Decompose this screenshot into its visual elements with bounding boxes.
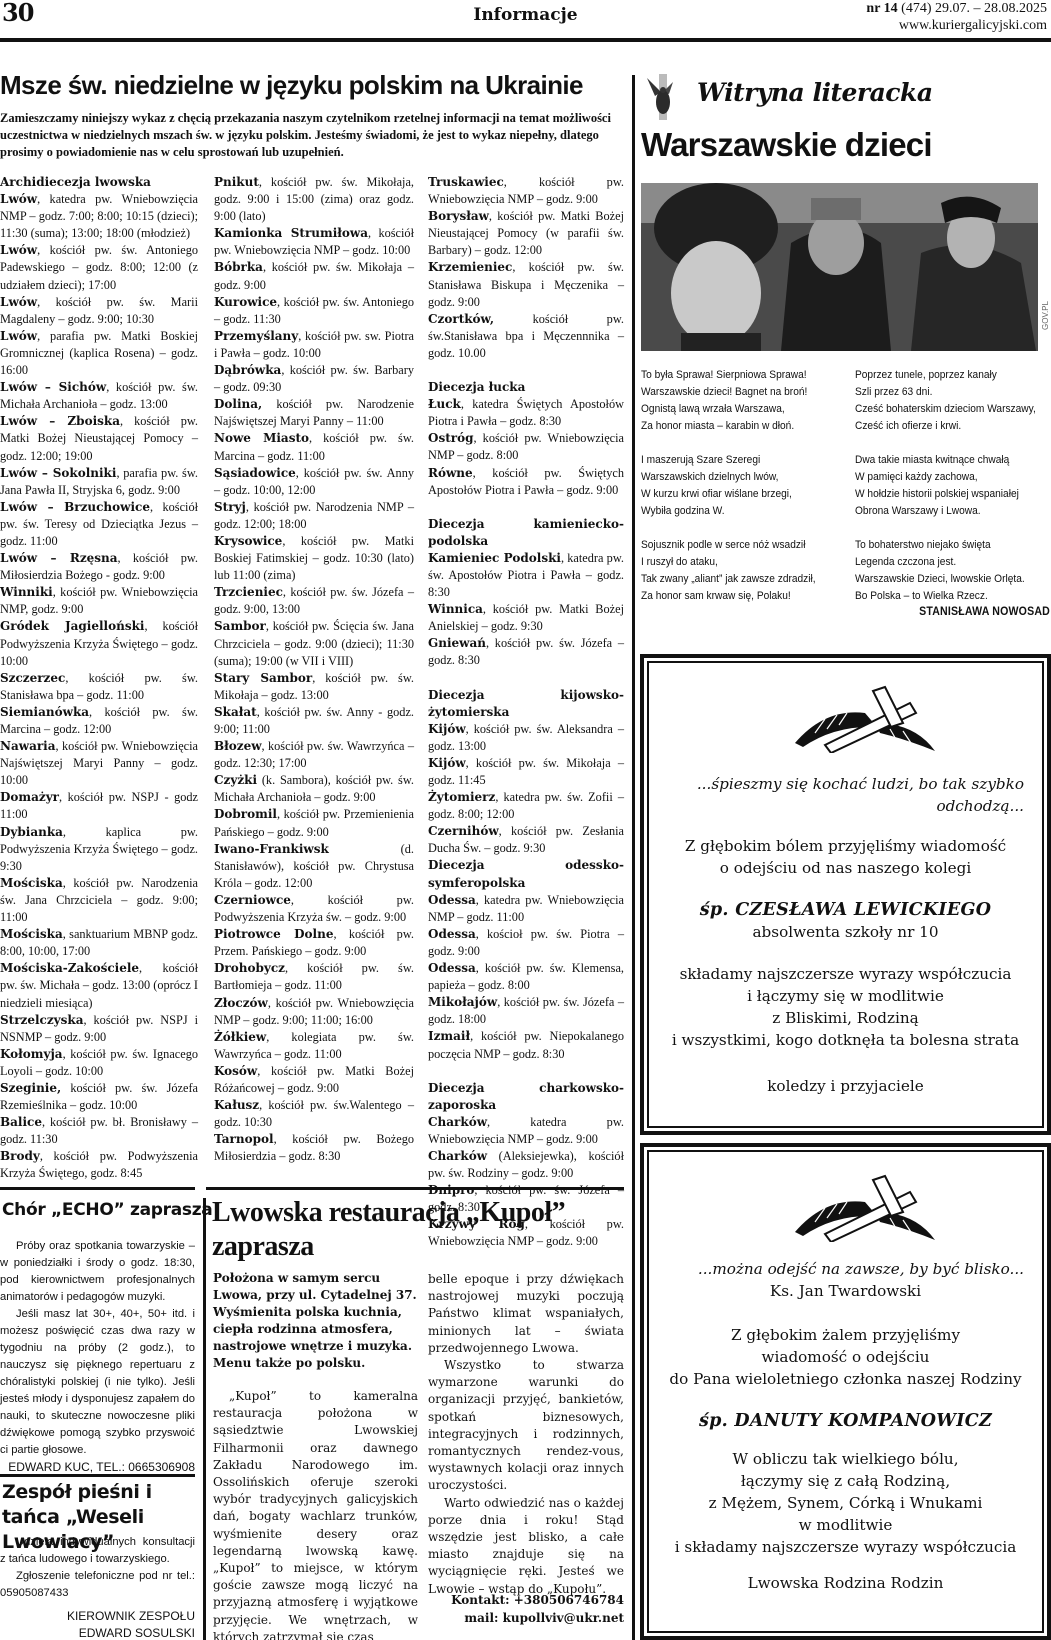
- poem-title: Warszawskie dzieci: [641, 126, 932, 164]
- obituary-frame: ...można odejść na zawsze, by być blisko…: [647, 1150, 1044, 1633]
- mass-entry: Stryj, kościół pw. Narodzenia NMP – godz…: [214, 499, 414, 533]
- mass-entry: Odessa, kościół pw. św. Klemensa, papież…: [428, 960, 624, 994]
- mass-entry: Piotrowce Dolne, kościół pw. Przem. Pańs…: [214, 926, 414, 960]
- poem-line: Cześć bohaterskim dzieciom Warszawy,: [855, 401, 1051, 418]
- photo-credit: GOV.PL: [1041, 301, 1050, 330]
- mass-entry: Kamionka Strumiłowa, kościół pw. Wniebow…: [214, 225, 414, 259]
- spacer: [428, 670, 624, 687]
- echo-title: Chór „ECHO” zaprasza: [2, 1200, 212, 1220]
- obituary-line: z Bliskimi, Rodziną: [649, 1007, 1042, 1029]
- poem-right-column: Poprzez tunele, poprzez kanałySzli przez…: [855, 367, 1051, 622]
- mass-entry: Sąsiadowice, kościół pw. św. Anny – godz…: [214, 465, 414, 499]
- mass-entry: Borysław, kościół pw. Matki Bożej Nieust…: [428, 208, 624, 259]
- obituary-line: i składamy najszczersze wyrazy współczuc…: [649, 1536, 1042, 1558]
- obituary-condolences: składamy najszczersze wyrazy współczucia…: [649, 963, 1042, 1051]
- place-name: Żółkiew: [214, 1030, 266, 1044]
- mass-entry: Domażyr, kościół pw. NSPJ - godz 11:00: [0, 789, 198, 823]
- place-name: Kamionka Strumiłowa: [214, 226, 368, 240]
- weseli-signature-name: EDWARD SOSULSKI: [0, 1625, 195, 1640]
- mass-entry: Charków, katedra pw. Wniebowzięcia NMP –…: [428, 1114, 624, 1148]
- place-name: Kołomyja: [0, 1047, 63, 1061]
- mass-entry: Kamieniec Podolski, katedra pw. św. Apos…: [428, 550, 624, 601]
- article-title: Msze św. niedzielne w języku polskim na …: [0, 70, 625, 101]
- quote-line: ...śpieszmy się kochać ludzi, bo tak szy…: [649, 773, 1024, 795]
- place-name: Nowe Miasto: [214, 431, 309, 445]
- place-name: Odessa: [428, 893, 476, 907]
- diocese-heading: Diecezja łucka: [428, 379, 624, 396]
- poem-line: Tak zwany „aliant” jak zawsze zdradził,: [641, 571, 839, 588]
- mass-entry: Kijów, kościół pw. św. Aleksandra – godz…: [428, 721, 624, 755]
- place-name: Krzemieniec: [428, 260, 512, 274]
- mass-entry: Trzcieniec, kościół pw. św. Józefa – god…: [214, 584, 414, 618]
- place-name: Lwów: [0, 295, 37, 309]
- obituary-from: Lwowska Rodzina Rodzin: [649, 1572, 1042, 1594]
- kupol-paragraph: Wszystko to stwarza wymarzone warunki do…: [428, 1357, 624, 1495]
- place-name: Domażyr: [0, 790, 59, 804]
- obituary-line: i łączymy się w modlitwie: [649, 985, 1042, 1007]
- place-name: Stryj: [214, 500, 246, 514]
- place-name: Lwów: [0, 243, 37, 257]
- photo-illustration: [641, 183, 1038, 351]
- mass-entry: Czyżki (k. Sambora), kościół pw. św. Mic…: [214, 772, 414, 806]
- poem-stanza: Poprzez tunele, poprzez kanałySzli przez…: [855, 367, 1051, 435]
- divider: [206, 1187, 624, 1190]
- place-name: Lwów – Brzuchowice: [0, 500, 150, 514]
- poem-stanza: To bohaterstwo niejako świętaLegenda czc…: [855, 537, 1051, 605]
- kupol-paragraph: Warto odwiedzić nas o każdej porze dnia …: [428, 1495, 624, 1598]
- mass-entry: Czortków, kościół pw. św.Stanisława bpa …: [428, 311, 624, 362]
- place-name: Iwano-Frankiwsk: [214, 842, 329, 856]
- place-name: Izmaił: [428, 1029, 470, 1043]
- poem-line: Szli przez 63 dni.: [855, 384, 1051, 401]
- poem-line: Obrona Warszawy i Lwowa.: [855, 503, 1051, 520]
- kupol-paragraph: „Kupoł” to kameralna restauracja położon…: [213, 1388, 418, 1640]
- poem-line: Sojusznik podle w serce nóż wsadził: [641, 537, 839, 554]
- poem-stanza: To była Sprawa! Sierpniowa Sprawa!Warsza…: [641, 367, 839, 435]
- mass-entry: Przemyślany, kościół pw. sw. Piotra i Pa…: [214, 328, 414, 362]
- angel-statue-icon: [643, 74, 683, 120]
- place-name: Lwów – Sichów: [0, 380, 106, 394]
- place-name: Kurowice: [214, 295, 277, 309]
- mass-entry: Lwów – Zboiska, kościół pw. Matki Bożej …: [0, 413, 198, 464]
- poem-left-column: To była Sprawa! Sierpniowa Sprawa!Warsza…: [641, 367, 839, 622]
- mass-entry: Kałusz, kościół pw. św.Walentego – godz.…: [214, 1097, 414, 1131]
- place-name: Pnikut: [214, 175, 259, 189]
- obituary-line: w modlitwie: [649, 1514, 1042, 1536]
- obituary-line: łączymy się z całą Rodziną,: [649, 1470, 1042, 1492]
- place-name: Dolina,: [214, 397, 262, 411]
- kupol-column-2: belle epoque i przy dźwiękach nastrojowe…: [428, 1271, 624, 1598]
- place-name: Strzelczyska: [0, 1013, 83, 1027]
- cross-with-palm-icon: [785, 1172, 945, 1242]
- spacer: [428, 1063, 624, 1080]
- mass-entry: Lwów – Rzęsna, kościół pw. Miłosierdzia …: [0, 550, 198, 584]
- mass-entry: Lwów, parafia pw. Matki Boskiej Gromnicz…: [0, 328, 198, 379]
- mass-entry: Pnikut, kościół pw. św. Mikołaja, godz. …: [214, 174, 414, 225]
- mass-entry: Stary Sambor, kościół pw. św. Mikołaja –…: [214, 670, 414, 704]
- obituary-line: składamy najszczersze wyrazy współczucia: [649, 963, 1042, 985]
- poem-line: Cześć ich ofierze i krwi.: [855, 418, 1051, 435]
- spacer: [428, 362, 624, 379]
- place-name: Czernihów: [428, 824, 499, 838]
- poem-line: Za honor sam krwaw się, Polaku!: [641, 588, 839, 605]
- mass-entry: Izmaił, kościół pw. Niepokalanego poczęc…: [428, 1028, 624, 1062]
- mass-entry: Czerniowce, kościół pw. Podwyższenia Krz…: [214, 892, 414, 926]
- poem-stanza: Sojusznik podle w serce nóż wsadziłI rus…: [641, 537, 839, 605]
- mass-entry: Gródek Jagielloński, kościół Podwyższeni…: [0, 618, 198, 669]
- mass-list-column-3: Truskawiec, kościół pw. Wniebowzięcia NM…: [428, 174, 624, 1251]
- place-name: Lwów – Zboiska: [0, 414, 120, 428]
- mass-entry: Łuck, katedra Świętych Apostołów Piotra …: [428, 396, 624, 430]
- obituary-line: Z głębokim żalem przyjęliśmy: [649, 1324, 1042, 1346]
- weseli-paragraph: Zgłoszenie telefoniczne pod nr tel.: 059…: [0, 1568, 195, 1602]
- place-name: Mościska: [0, 927, 63, 941]
- poem-line: Warszawskie Dzieci, lwowskie Orlęta.: [855, 571, 1051, 588]
- place-name: Trzcieniec: [214, 585, 283, 599]
- poem-line: Warszawskich dzielnych lwów,: [641, 469, 839, 486]
- mass-entry: Kurowice, kościół pw. św. Antoniego – go…: [214, 294, 414, 328]
- place-name: Kijów: [428, 722, 466, 736]
- mass-entry: Dolina, kościół pw. Narodzenie Najświęts…: [214, 396, 414, 430]
- place-name: Przemyślany: [214, 329, 298, 343]
- diocese-heading: Archidiecezja lwowska: [0, 174, 198, 191]
- mass-entry: Lwów – Sichów, kościół pw. św. Michała A…: [0, 379, 198, 413]
- place-name: Lwów: [0, 329, 37, 343]
- mass-entry: Szczerzec, kościół pw. św. Stanisława bp…: [0, 670, 198, 704]
- place-name: Brody: [0, 1149, 40, 1163]
- mass-entry: Błozew, kościół pw. św. Wawrzyńca – godz…: [214, 738, 414, 772]
- mass-entry: Kosów, kościół pw. Matki Bożej Różańcowe…: [214, 1063, 414, 1097]
- place-name: Szczerzec: [0, 671, 65, 685]
- place-name: Tarnopol: [214, 1132, 274, 1146]
- poem-line: Legenda czczona jest.: [855, 554, 1051, 571]
- place-name: Złoczów: [214, 996, 268, 1010]
- place-name: Kosów: [214, 1064, 257, 1078]
- mass-entry: Równe, kościół pw. Świętych Apostołów Pi…: [428, 465, 624, 499]
- mass-entry: Żółkiew, kolegiata pw. św. Wawrzyńca – g…: [214, 1029, 414, 1063]
- place-name: Żytomierz: [428, 790, 495, 804]
- weseli-body: Udziela indywidualnych konsultacji z tań…: [0, 1534, 195, 1640]
- poem-line: Bo Polska – to Wielka Rzecz.: [855, 588, 1051, 605]
- place-name: Charków: [428, 1115, 487, 1129]
- place-name: Czerniowce: [214, 893, 291, 907]
- place-name: Mościska: [0, 876, 63, 890]
- place-name: Lwów: [0, 192, 37, 206]
- mass-entry: Lwów, katedra pw. Wniebowzięcia NMP – go…: [0, 191, 198, 242]
- mass-entry: Mościska, sanktuarium MBNP godz. 8:00, 1…: [0, 926, 198, 960]
- mass-entry: Tarnopol, kościół pw. Bożego Miłosierdzi…: [214, 1131, 414, 1165]
- obituary-frame: ...śpieszmy się kochać ludzi, bo tak szy…: [647, 661, 1044, 1128]
- poem-line: Dwa takie miasta kwitnące chwałą: [855, 452, 1051, 469]
- mass-entry: Dobromil, kościół pw. Przemienienia Pańs…: [214, 806, 414, 840]
- literary-section-title: Witryna literacka: [697, 78, 933, 107]
- poem-line: I ruszył do ataku,: [641, 554, 839, 571]
- mass-entry: Lwów, kościół pw. św. Antoniego Padewski…: [0, 242, 198, 293]
- poem-line: Ognistą lawą wrzała Warszawa,: [641, 401, 839, 418]
- obituary-intro: Z głębokim żalem przyjęliśmy wiadomość o…: [649, 1324, 1042, 1390]
- poem-line: W pamięci każdy zachowa,: [855, 469, 1051, 486]
- place-name: Siemianówka: [0, 705, 89, 719]
- deceased-name: śp. DANUTY KOMPANOWICZ: [649, 1410, 1042, 1432]
- echo-paragraph: Jeśli masz lat 30+, 40+, 50+ itd. i może…: [0, 1306, 195, 1459]
- place-name: Błozew: [214, 739, 262, 753]
- diocese-heading: Diecezja kijowsko-żytomierska: [428, 687, 624, 721]
- mass-entry: Bóbrka, kościół pw. św. Mikołaja – godz.…: [214, 259, 414, 293]
- obituary-line: o odejściu od nas naszego kolegi: [649, 857, 1042, 879]
- place-name: Skałat: [214, 705, 257, 719]
- mass-entry: Mikołajów, kościół pw. św. Józefa – godz…: [428, 994, 624, 1028]
- place-name: Gniewań: [428, 636, 486, 650]
- divider: [0, 1187, 195, 1190]
- place-name: Kijów: [428, 756, 466, 770]
- mass-entry: Żytomierz, katedra pw. św. Zofii – godz.…: [428, 789, 624, 823]
- place-name: Sambor: [214, 619, 266, 633]
- diocese-heading: Diecezja charkowsko-zaporoska: [428, 1080, 624, 1114]
- poem-line: I maszerują Szare Szeregi: [641, 452, 839, 469]
- deceased-subtitle: absolwenta szkoły nr 10: [649, 921, 1042, 943]
- quote-author: Ks. Jan Twardowski: [649, 1280, 1042, 1302]
- poem-line: Za honor miasta – karabin w dłoń.: [641, 418, 839, 435]
- obituary-line: do Pana wieloletniego członka naszej Rod…: [649, 1368, 1042, 1390]
- poem-stanza: Dwa takie miasta kwitnące chwałąW pamięc…: [855, 452, 1051, 520]
- issue-number: nr 14: [866, 1, 897, 16]
- mass-entry: Nowe Miasto, kościół pw. św. Marcina – g…: [214, 430, 414, 464]
- divider: [203, 1198, 206, 1640]
- deceased-name: śp. CZESŁAWA LEWICKIEGO: [649, 899, 1042, 921]
- website-link[interactable]: www.kuriergalicyjski.com: [866, 17, 1047, 34]
- place-name: Dobromil: [214, 807, 277, 821]
- mass-entry: Kołomyja, kościół pw. św. Ignacego Loyol…: [0, 1046, 198, 1080]
- spacer: [428, 499, 624, 516]
- mass-entry: Czernihów, kościół pw. Zesłania Ducha Św…: [428, 823, 624, 857]
- kupol-email[interactable]: mail: kupollviv@ukr.net: [428, 1609, 624, 1627]
- issue-info: nr 14 (474) 29.07. – 28.08.2025 www.kuri…: [866, 0, 1047, 34]
- place-name: Równe: [428, 466, 473, 480]
- header-rule: [0, 38, 1051, 42]
- obituary-intro: Z głębokim bólem przyjęliśmy wiadomość o…: [649, 835, 1042, 879]
- place-name: Sąsiadowice: [214, 466, 296, 480]
- kupol-paragraph: belle epoque i przy dźwiękach nastrojowe…: [428, 1271, 624, 1357]
- place-name: Gródek Jagielloński: [0, 619, 144, 633]
- place-name: Lwów – Sokolniki: [0, 466, 116, 480]
- place-name: Dąbrówka: [214, 363, 281, 377]
- obituary-line: z Mężem, Synem, Córką i Wnukami: [649, 1492, 1042, 1514]
- place-name: Odessa: [428, 961, 476, 975]
- mass-entry: Strzelczyska, kościół pw. NSPJ i NSNMP –…: [0, 1012, 198, 1046]
- mass-entry: Sambor, kościół pw. Ścięcia św. Jana Chr…: [214, 618, 414, 669]
- kupol-contact: Kontakt: +380506746784 mail: kupollviv@u…: [428, 1591, 624, 1627]
- mass-entry: Złoczów, kościół pw. Wniebowzięcia NMP –…: [214, 995, 414, 1029]
- poem-line: Poprzez tunele, poprzez kanały: [855, 367, 1051, 384]
- mass-entry: Lwów – Sokolniki, parafia pw. św. Jana P…: [0, 465, 198, 499]
- mass-entry: Odessa, kościoł pw. św. Piotra – godz. 9…: [428, 926, 624, 960]
- place-name: Stary Sambor: [214, 671, 312, 685]
- kupol-title: Lwowska restauracja „Kupoł” zaprasza: [212, 1196, 632, 1264]
- mass-entry: Lwów – Brzuchowice, kościół pw. św. Tere…: [0, 499, 198, 550]
- mass-entry: Winniki, kościół pw. Wniebowzięcia NMP, …: [0, 584, 198, 618]
- place-name: Winniki: [0, 585, 53, 599]
- place-name: Bóbrka: [214, 260, 263, 274]
- mass-entry: Winnica, kościół pw. Matki Bożej Anielsk…: [428, 601, 624, 635]
- cross-with-palm-icon: [785, 683, 945, 753]
- kupol-phone[interactable]: Kontakt: +380506746784: [428, 1591, 624, 1609]
- obituary-from: koledzy i przyjaciele: [649, 1075, 1042, 1097]
- mass-entry: Mościska-Zakościele, kościół pw. św. Mic…: [0, 960, 198, 1011]
- mass-entry: Ostróg, kościół pw. Wniebowzięcia NMP – …: [428, 430, 624, 464]
- mass-entry: Szeginie, kościół pw. św. Józefa Rzemieś…: [0, 1080, 198, 1114]
- mass-entry: Odessa, katedra pw. Wniebowzięcia NMP – …: [428, 892, 624, 926]
- quote-line: odchodzą...: [649, 795, 1024, 817]
- mass-entry: Nawaria, kościół pw. Wniebowzięcia Najśw…: [0, 738, 198, 789]
- place-name: Dybianka: [0, 825, 63, 839]
- place-name: Drohobycz: [214, 961, 285, 975]
- mass-list-column-1: Archidiecezja lwowskaLwów, katedra pw. W…: [0, 174, 198, 1183]
- place-name: Czortków,: [428, 312, 494, 326]
- mass-entry: Lwów, kościół pw. św. Marii Magdaleny – …: [0, 294, 198, 328]
- mass-entry: Gniewań, kościół pw. św. Józefa – godz. …: [428, 635, 624, 669]
- place-name: Szeginie,: [0, 1081, 61, 1095]
- mass-entry: Krzemieniec, kościół pw. św. Stanisława …: [428, 259, 624, 310]
- poem-author: STANISŁAWA NOWOSAD: [912, 606, 1050, 618]
- mass-list-column-2: Pnikut, kościół pw. św. Mikołaja, godz. …: [214, 174, 414, 1165]
- poem-line: To była Sprawa! Sierpniowa Sprawa!: [641, 367, 839, 384]
- poem-line: Wybiła godzina W.: [641, 503, 839, 520]
- mass-entry: Dąbrówka, kościół pw. św. Barbary – godz…: [214, 362, 414, 396]
- mass-entry: Charków (Aleksiejewka), kościół pw. św. …: [428, 1148, 624, 1182]
- obituary-notice: ...można odejść na zawsze, by być blisko…: [640, 1143, 1051, 1640]
- weseli-paragraph: Udziela indywidualnych konsultacji z tań…: [0, 1534, 195, 1568]
- poem-stanza: I maszerują Szare SzeregiWarszawskich dz…: [641, 452, 839, 520]
- obituary-quote: ...można odejść na zawsze, by być blisko…: [689, 1258, 1024, 1280]
- poem-line: To bohaterstwo niejako święta: [855, 537, 1051, 554]
- mass-entry: Iwano-Frankiwsk (d. Stanisławów), kośció…: [214, 841, 414, 892]
- place-name: Kałusz: [214, 1098, 259, 1112]
- issue-dates: (474) 29.07. – 28.08.2025: [898, 1, 1047, 16]
- column-divider: [632, 75, 635, 1640]
- obituary-line: Z głębokim bólem przyjęliśmy wiadomość: [649, 835, 1042, 857]
- place-name: Mościska-Zakościele: [0, 961, 139, 975]
- place-name: Ostróg: [428, 431, 473, 445]
- warsaw-children-photo: [641, 183, 1038, 351]
- obituary-quote: ...śpieszmy się kochać ludzi, bo tak szy…: [649, 773, 1024, 817]
- obituary-line: W obliczu tak wielkiego bólu,: [649, 1448, 1042, 1470]
- place-name: Balice: [0, 1115, 42, 1129]
- mass-entry: Balice, kościół pw. bł. Bronisławy – god…: [0, 1114, 198, 1148]
- mass-entry: Siemianówka, kościół pw. św. Marcina – g…: [0, 704, 198, 738]
- poem-line: Warszawskie dzieci! Bagnet na broń!: [641, 384, 839, 401]
- weseli-signature-role: KIEROWNIK ZESPOŁU: [0, 1608, 195, 1625]
- place-name: Czyżki: [214, 773, 257, 787]
- place-name: Odessa: [428, 927, 476, 941]
- obituary-line: wiadomość o odejściu: [649, 1346, 1042, 1368]
- place-name: Krysowice: [214, 534, 282, 548]
- mass-entry: Drohobycz, kościół pw. św. Bartłomieja –…: [214, 960, 414, 994]
- mass-entry: Brody, kościół pw. Podwyższenia Krzyża Ś…: [0, 1148, 198, 1182]
- divider: [0, 1474, 195, 1477]
- poem-line: W kurzu krwi ofiar wiślane brzegi,: [641, 486, 839, 503]
- place-name: Piotrowce Dolne: [214, 927, 333, 941]
- place-name: Mikołajów: [428, 995, 497, 1009]
- echo-body: Próby oraz spotkania towarzyskie – w pon…: [0, 1238, 195, 1476]
- obituary-condolences: W obliczu tak wielkiego bólu, łączymy si…: [649, 1448, 1042, 1558]
- place-name: Borysław: [428, 209, 489, 223]
- mass-entry: Truskawiec, kościół pw. Wniebowzięcia NM…: [428, 174, 624, 208]
- place-name: Nawaria: [0, 739, 56, 753]
- poem-line: W hołdzie historii polskiej wspaniałej: [855, 486, 1051, 503]
- article-intro: Zamieszczamy niniejszy wykaz z chęcią pr…: [0, 110, 615, 161]
- diocese-heading: Diecezja kamieniecko-podolska: [428, 516, 624, 550]
- mass-entry: Kijów, kościół pw. św. Mikołaja – godz. …: [428, 755, 624, 789]
- place-name: Winnica: [428, 602, 483, 616]
- kupol-lead: Położona w samym sercu Lwowa, przy ul. C…: [213, 1270, 418, 1372]
- place-name: Charków: [428, 1149, 487, 1163]
- echo-paragraph: Próby oraz spotkania towarzyskie – w pon…: [0, 1238, 195, 1306]
- place-name: Truskawiec: [428, 175, 504, 189]
- obituary-notice: ...śpieszmy się kochać ludzi, bo tak szy…: [640, 654, 1051, 1135]
- place-name: Kamieniec Podolski: [428, 551, 561, 565]
- mass-entry: Skałat, kościół pw. św. Anny - godz. 9:0…: [214, 704, 414, 738]
- place-name: Lwów – Rzęsna: [0, 551, 118, 565]
- mass-entry: Krysowice, kościół pw. Matki Boskiej Fat…: [214, 533, 414, 584]
- mass-entry: Dybianka, kaplica pw. Podwyższenia Krzyż…: [0, 824, 198, 875]
- obituary-line: i wszystkimi, kogo dotknęła ta bolesna s…: [649, 1029, 1042, 1051]
- mass-entry: Mościska, kościół pw. Narodzenia św. Jan…: [0, 875, 198, 926]
- place-name: Łuck: [428, 397, 461, 411]
- diocese-heading: Diecezja odessko-symferopolska: [428, 857, 624, 891]
